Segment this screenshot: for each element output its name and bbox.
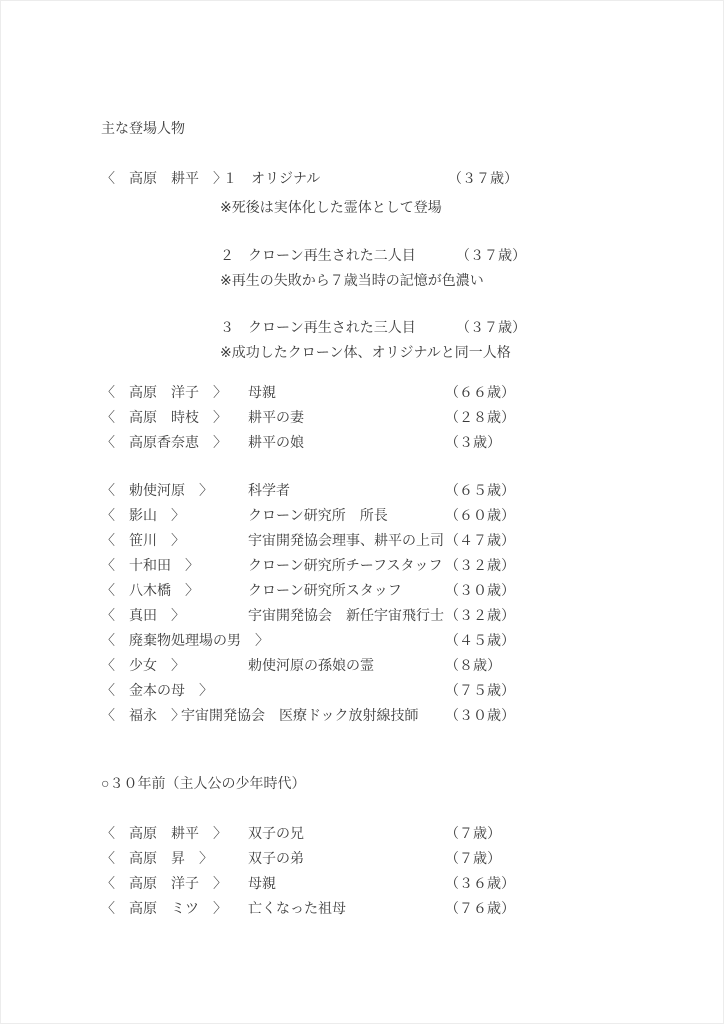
character-age: （６０歳） — [445, 503, 515, 528]
character-name: 〈 八木橋 〉 — [101, 578, 199, 603]
cast-row-takahara-kohei-clone2: ２ クローン再生された二人目 （３７歳） — [101, 243, 723, 268]
character-role: 母親 — [248, 871, 276, 896]
cast-row-yagihashi: 〈 八木橋 〉 クローン研究所スタッフ （３０歳） — [101, 578, 723, 603]
character-age: （３７歳） — [456, 243, 526, 268]
character-name: 〈 高原 洋子 〉 — [101, 380, 227, 405]
incarnation-label: ２ クローン再生された二人目 — [220, 243, 416, 268]
character-age: （２８歳） — [445, 405, 515, 430]
character-age: （７５歳） — [445, 678, 515, 703]
character-name: 〈 高原 洋子 〉 — [101, 871, 227, 896]
character-age: （３０歳） — [445, 703, 515, 728]
cast-row-takahara-kohei-original: 〈 高原 耕平 〉 １ オリジナル （３７歳） — [101, 166, 723, 191]
character-name: 〈 影山 〉 — [101, 503, 185, 528]
character-role: 宇宙開発協会 医療ドック放射線技師 — [181, 703, 418, 728]
cast-row-past-takahara-noboru: 〈 高原 昇 〉 双子の弟 （７歳） — [101, 846, 723, 871]
cast-row-sasagawa: 〈 笹川 〉 宇宙開発協会理事、耕平の上司 （４７歳） — [101, 528, 723, 553]
character-role: 亡くなった祖母 — [248, 896, 346, 921]
character-age: （６６歳） — [445, 380, 515, 405]
character-age: （３歳） — [445, 430, 501, 455]
character-role: クローン研究所チーフスタッフ — [248, 553, 442, 578]
character-name: 〈 真田 〉 — [101, 603, 185, 628]
character-role: 母親 — [248, 380, 276, 405]
character-role: 双子の兄 — [248, 821, 304, 846]
character-age: （７歳） — [445, 846, 501, 871]
cast-row-shojo: 〈 少女 〉 勅使河原の孫娘の霊 （８歳） — [101, 653, 723, 678]
cast-row-takahara-kanae: 〈 高原香奈恵 〉 耕平の娘 （３歳） — [101, 430, 723, 455]
character-name: 〈 十和田 〉 — [101, 553, 199, 578]
character-name: 〈 高原 耕平 〉 — [101, 821, 227, 846]
character-age: （３２歳） — [445, 553, 515, 578]
incarnation-label: １ オリジナル — [223, 166, 320, 191]
cast-row-past-takahara-kohei: 〈 高原 耕平 〉 双子の兄 （７歳） — [101, 821, 723, 846]
character-name: 〈 笹川 〉 — [101, 528, 185, 553]
character-name: 〈 金本の母 〉 — [101, 678, 213, 703]
character-age: （４５歳） — [445, 628, 515, 653]
cast-row-teshigawara: 〈 勅使河原 〉 科学者 （６５歳） — [101, 478, 723, 503]
character-age: （７歳） — [445, 821, 501, 846]
character-age: （３７歳） — [448, 166, 518, 191]
cast-row-kanemoto-mother: 〈 金本の母 〉 （７５歳） — [101, 678, 723, 703]
character-role: クローン研究所 所長 — [248, 503, 388, 528]
character-age: （７６歳） — [445, 896, 515, 921]
character-age: （４７歳） — [445, 528, 515, 553]
character-role: 宇宙開発協会 新任宇宙飛行士 — [248, 603, 444, 628]
incarnation-note: ※再生の失敗から７歳当時の記憶が色濃い — [101, 268, 723, 293]
cast-row-past-takahara-yoko: 〈 高原 洋子 〉 母親 （３６歳） — [101, 871, 723, 896]
section-heading-text: ○３０年前（主人公の少年時代） — [101, 771, 305, 796]
character-age: （６５歳） — [445, 478, 515, 503]
section-heading-30-years-ago: ○３０年前（主人公の少年時代） — [101, 771, 723, 796]
document-page: 主な登場人物 〈 高原 耕平 〉 １ オリジナル （３７歳） ※死後は実体化した… — [0, 0, 724, 1024]
character-role: 科学者 — [248, 478, 290, 503]
page-title-text: 主な登場人物 — [101, 116, 185, 141]
character-age: （８歳） — [445, 653, 501, 678]
character-name: 〈 廃棄物処理場の男 〉 — [101, 628, 269, 653]
character-age: （３７歳） — [456, 315, 526, 340]
character-name: 〈 高原香奈恵 〉 — [101, 430, 227, 455]
cast-list: 主な登場人物 〈 高原 耕平 〉 １ オリジナル （３７歳） ※死後は実体化した… — [1, 116, 723, 921]
cast-row-sanada: 〈 真田 〉 宇宙開発協会 新任宇宙飛行士 （３２歳） — [101, 603, 723, 628]
cast-row-waste-plant-man: 〈 廃棄物処理場の男 〉 （４５歳） — [101, 628, 723, 653]
cast-row-takahara-kohei-clone3: ３ クローン再生された三人目 （３７歳） — [101, 315, 723, 340]
incarnation-note: ※成功したクローン体、オリジナルと同一人格 — [101, 340, 723, 365]
character-name: 〈 高原 時枝 〉 — [101, 405, 227, 430]
character-role: クローン研究所スタッフ — [248, 578, 402, 603]
character-age: （３６歳） — [445, 871, 515, 896]
character-name: 〈 高原 昇 〉 — [101, 846, 213, 871]
character-role: 耕平の娘 — [248, 430, 304, 455]
character-age: （３０歳） — [445, 578, 515, 603]
character-age: （３２歳） — [445, 603, 515, 628]
cast-row-fukunaga: 〈 福永 〉 宇宙開発協会 医療ドック放射線技師 （３０歳） — [101, 703, 723, 728]
character-name: 〈 高原 ミツ 〉 — [101, 896, 227, 921]
page-title: 主な登場人物 — [101, 116, 723, 141]
incarnation-note: ※死後は実体化した霊体として登場 — [101, 195, 723, 220]
note-text: ※成功したクローン体、オリジナルと同一人格 — [220, 340, 511, 365]
character-name: 〈 福永 〉 — [101, 703, 185, 728]
character-role: 勅使河原の孫娘の霊 — [248, 653, 374, 678]
character-name: 〈 勅使河原 〉 — [101, 478, 213, 503]
cast-row-takahara-tokie: 〈 高原 時枝 〉 耕平の妻 （２８歳） — [101, 405, 723, 430]
cast-row-past-takahara-mitsu: 〈 高原 ミツ 〉 亡くなった祖母 （７６歳） — [101, 896, 723, 921]
character-name: 〈 高原 耕平 〉 — [101, 166, 227, 191]
cast-row-takahara-yoko: 〈 高原 洋子 〉 母親 （６６歳） — [101, 380, 723, 405]
character-role: 宇宙開発協会理事、耕平の上司 — [248, 528, 444, 553]
cast-row-towada: 〈 十和田 〉 クローン研究所チーフスタッフ （３２歳） — [101, 553, 723, 578]
note-text: ※再生の失敗から７歳当時の記憶が色濃い — [220, 268, 484, 293]
incarnation-label: ３ クローン再生された三人目 — [220, 315, 416, 340]
note-text: ※死後は実体化した霊体として登場 — [220, 195, 442, 220]
character-name: 〈 少女 〉 — [101, 653, 185, 678]
character-role: 耕平の妻 — [248, 405, 304, 430]
cast-row-kageyama: 〈 影山 〉 クローン研究所 所長 （６０歳） — [101, 503, 723, 528]
character-role: 双子の弟 — [248, 846, 304, 871]
